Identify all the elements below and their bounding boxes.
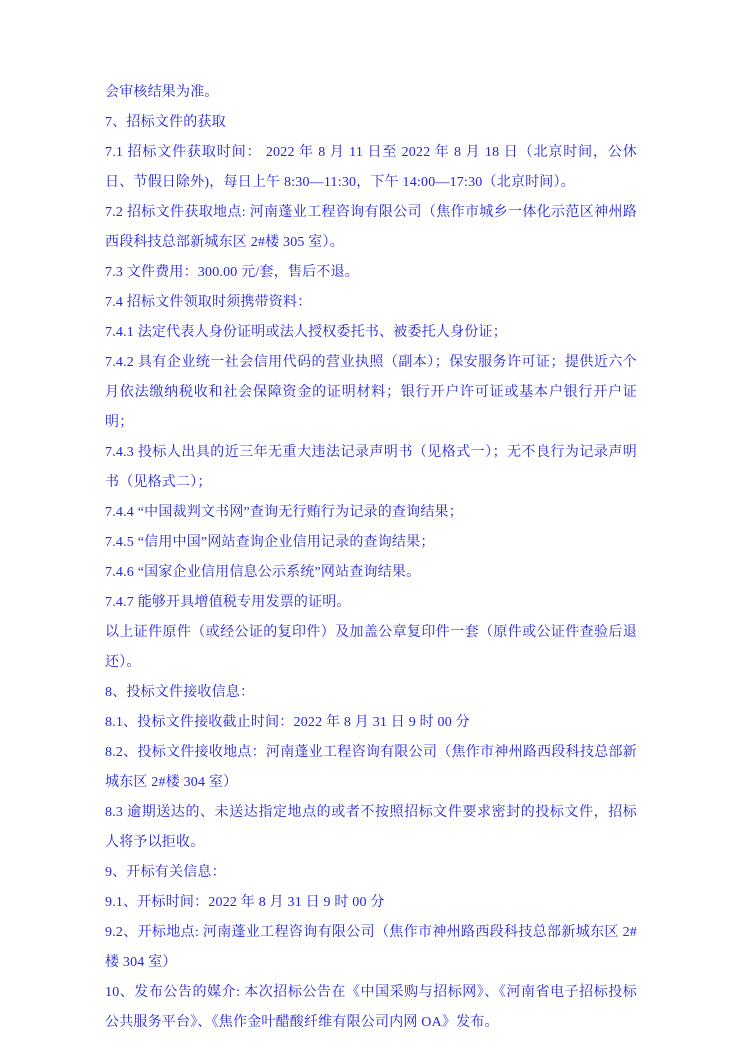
document-body: 会审核结果为准。 7、招标文件的获取 7.1 招标文件获取时间： 2022 年 … xyxy=(105,78,637,1038)
paragraph: 7.4.1 法定代表人身份证明或法人授权委托书、被委托人身份证； xyxy=(105,318,637,348)
paragraph: 7.4.7 能够开具增值税专用发票的证明。 xyxy=(105,588,637,618)
paragraph: 7.4.5 “信用中国”网站查询企业信用记录的查询结果； xyxy=(105,528,637,558)
paragraph: 9、开标有关信息： xyxy=(105,858,637,888)
paragraph: 8.2、投标文件接收地点：河南蓬业工程咨询有限公司（焦作市神州路西段科技总部新城… xyxy=(105,738,637,798)
paragraph: 8.3 逾期送达的、未送达指定地点的或者不按照招标文件要求密封的投标文件，招标人… xyxy=(105,798,637,858)
paragraph: 7.4 招标文件领取时须携带资料： xyxy=(105,288,637,318)
paragraph: 10、发布公告的媒介: 本次招标公告在《中国采购与招标网》、《河南省电子招标投标… xyxy=(105,978,637,1038)
paragraph: 会审核结果为准。 xyxy=(105,78,637,108)
paragraph: 9.2、开标地点: 河南蓬业工程咨询有限公司（焦作市神州路西段科技总部新城东区 … xyxy=(105,918,637,978)
paragraph: 7.1 招标文件获取时间： 2022 年 8 月 11 日至 2022 年 8 … xyxy=(105,138,637,198)
paragraph: 7.3 文件费用：300.00 元/套，售后不退。 xyxy=(105,258,637,288)
document-page: 会审核结果为准。 7、招标文件的获取 7.1 招标文件获取时间： 2022 年 … xyxy=(0,0,739,1059)
paragraph: 以上证件原件（或经公证的复印件）及加盖公章复印件一套（原件或公证件查验后退还）。 xyxy=(105,618,637,678)
paragraph: 7.4.3 投标人出具的近三年无重大违法记录声明书（见格式一）；无不良行为记录声… xyxy=(105,438,637,498)
paragraph: 7.2 招标文件获取地点: 河南蓬业工程咨询有限公司（焦作市城乡一体化示范区神州… xyxy=(105,198,637,258)
paragraph: 7.4.4 “中国裁判文书网”查询无行贿行为记录的查询结果； xyxy=(105,498,637,528)
paragraph: 7.4.6 “国家企业信用信息公示系统”网站查询结果。 xyxy=(105,558,637,588)
paragraph: 7.4.2 具有企业统一社会信用代码的营业执照（副本）；保安服务许可证；提供近六… xyxy=(105,348,637,438)
paragraph: 9.1、开标时间：2022 年 8 月 31 日 9 时 00 分 xyxy=(105,888,637,918)
paragraph: 7、招标文件的获取 xyxy=(105,108,637,138)
paragraph: 8、投标文件接收信息： xyxy=(105,678,637,708)
paragraph: 8.1、投标文件接收截止时间：2022 年 8 月 31 日 9 时 00 分 xyxy=(105,708,637,738)
